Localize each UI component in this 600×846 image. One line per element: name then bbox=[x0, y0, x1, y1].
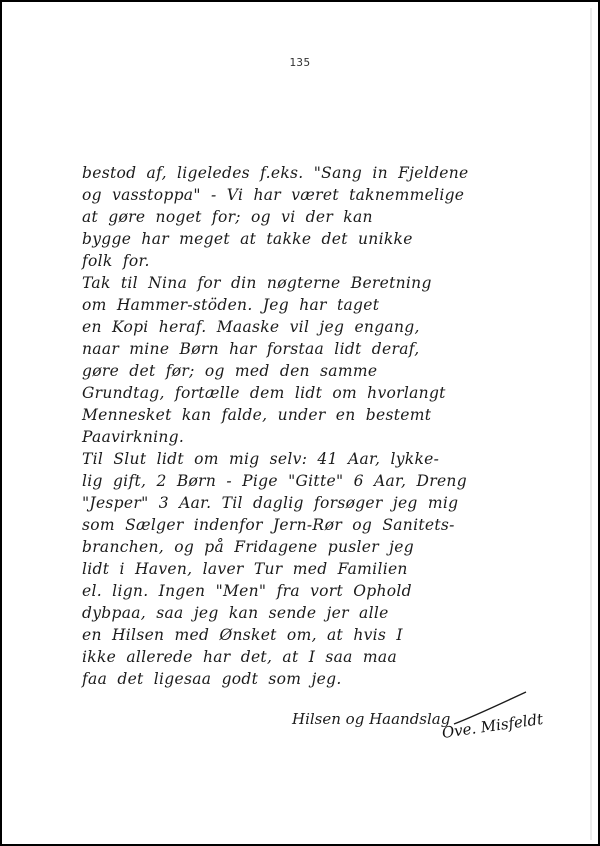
letter-line: Mennesket kan falde, under en bestemt bbox=[82, 404, 552, 426]
letter-line: Til Slut lidt om mig selv: 41 Aar, lykke… bbox=[82, 448, 552, 470]
letter-line: om Hammer-stöden. Jeg har taget bbox=[82, 294, 552, 316]
letter-line: Grundtag, fortælle dem lidt om hvorlangt bbox=[82, 382, 552, 404]
letter-line: en Kopi heraf. Maaske vil jeg engang, bbox=[82, 316, 552, 338]
letter-line: Tak til Nina for din nøgterne Beretning bbox=[82, 272, 552, 294]
letter-line: gøre det før; og med den samme bbox=[82, 360, 552, 382]
letter-line: branchen, og på Fridagene pusler jeg bbox=[82, 536, 552, 558]
letter-closing: Hilsen og Haandslag bbox=[292, 710, 450, 728]
letter-line: dybpaa, saa jeg kan sende jer alle bbox=[82, 602, 552, 624]
document-page: 135 bestod af, ligeledes f.eks. "Sang in… bbox=[0, 0, 600, 846]
page-number: 135 bbox=[2, 56, 598, 69]
letter-line: lidt i Haven, laver Tur med Familien bbox=[82, 558, 552, 580]
letter-line: og vasstoppa" - Vi har været taknemmelig… bbox=[82, 184, 552, 206]
letter-line: Paavirkning. bbox=[82, 426, 552, 448]
letter-line: faa det ligesaa godt som jeg. bbox=[82, 668, 552, 690]
letter-line: "Jesper" 3 Aar. Til daglig forsøger jeg … bbox=[82, 492, 552, 514]
letter-line: el. lign. Ingen "Men" fra vort Ophold bbox=[82, 580, 552, 602]
letter-line: lig gift, 2 Børn - Pige "Gitte" 6 Aar, D… bbox=[82, 470, 552, 492]
letter-line: naar mine Børn har forstaa lidt deraf, bbox=[82, 338, 552, 360]
letter-line: bestod af, ligeledes f.eks. "Sang in Fje… bbox=[82, 162, 552, 184]
letter-line: en Hilsen med Ønsket om, at hvis I bbox=[82, 624, 552, 646]
letter-line: at gøre noget for; og vi der kan bbox=[82, 206, 552, 228]
letter-line: som Sælger indenfor Jern-Rør og Sanitets… bbox=[82, 514, 552, 536]
letter-line: folk for. bbox=[82, 250, 552, 272]
page-edge-shadow bbox=[590, 8, 592, 840]
handwritten-letter-body: bestod af, ligeledes f.eks. "Sang in Fje… bbox=[82, 162, 552, 690]
letter-line: bygge har meget at takke det unikke bbox=[82, 228, 552, 250]
letter-line: ikke allerede har det, at I saa maa bbox=[82, 646, 552, 668]
